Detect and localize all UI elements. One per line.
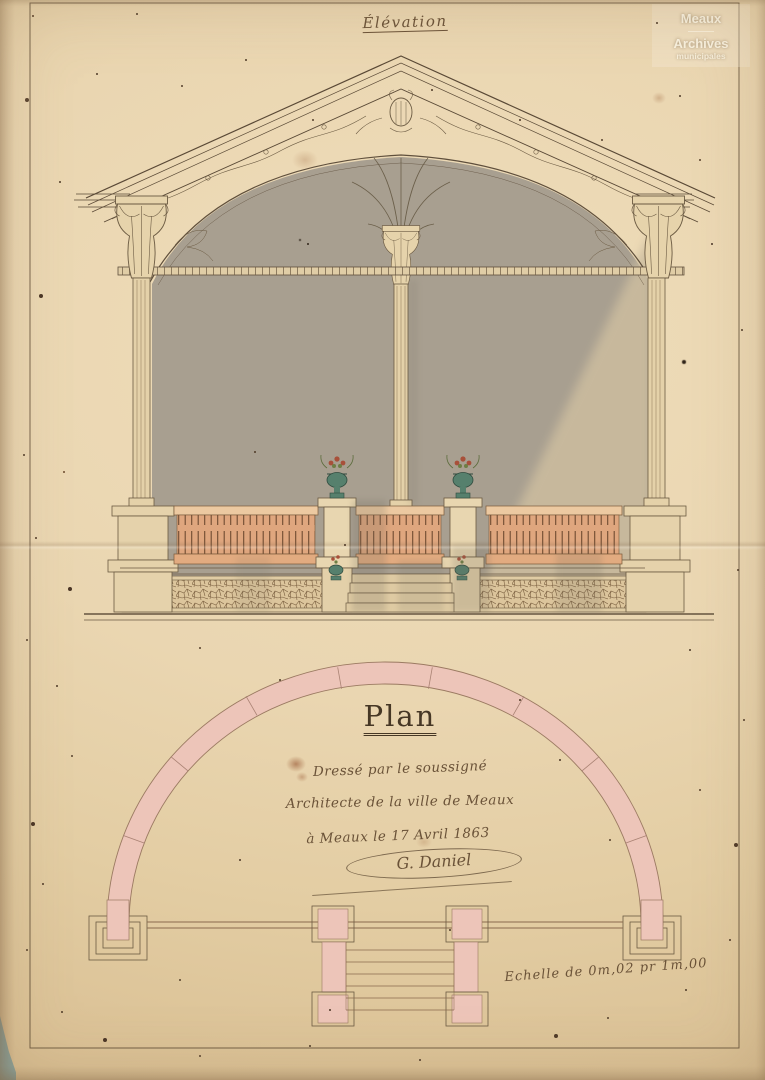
tie-rail xyxy=(118,267,684,275)
plan-baseline xyxy=(147,922,623,928)
drawing-layer xyxy=(0,0,765,1080)
elevation-drawing xyxy=(74,56,715,620)
watermark-org-sub: municipales xyxy=(656,51,746,61)
scanned-sheet-page: { "sheet": { "elevation": { "title": "Él… xyxy=(0,0,765,1080)
foxing-specks xyxy=(0,0,2,2)
sheet: Élévation Plan Dressé par le soussigné A… xyxy=(0,0,765,1080)
watermark-org: Archives xyxy=(656,36,746,51)
ink-stain xyxy=(286,756,306,772)
ink-stain xyxy=(296,772,308,782)
ink-stain xyxy=(416,836,432,848)
archive-watermark: Meaux Archives municipales xyxy=(652,4,750,67)
watermark-divider xyxy=(688,31,714,32)
plan-end-piers xyxy=(89,900,681,960)
ground-line xyxy=(84,614,714,620)
ink-stain xyxy=(652,92,666,104)
plan-title: Plan xyxy=(327,699,473,733)
watermark-city: Meaux xyxy=(656,11,746,26)
fold-crease xyxy=(0,541,765,550)
plan-stairs xyxy=(312,906,488,1026)
balustrade xyxy=(174,506,622,564)
ink-stain xyxy=(292,150,318,170)
